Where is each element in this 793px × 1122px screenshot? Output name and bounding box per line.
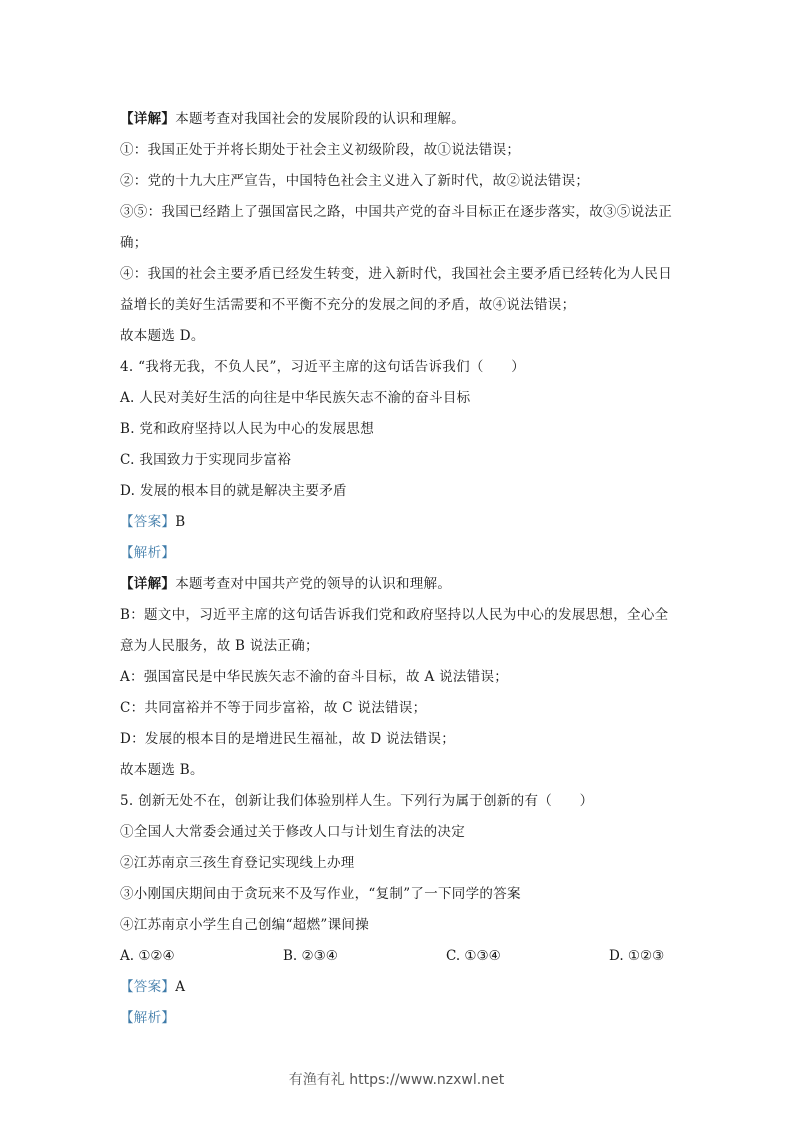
q3-analysis-line: ③⑤：我国已经踏上了强国富民之路，中国共产党的奋斗目标正在逐步落实，故③⑤说法正 xyxy=(120,197,676,228)
q3-analysis-line: 益增长的美好生活需要和不平衡不充分的发展之间的矛盾，故④说法错误； xyxy=(120,290,676,321)
q4-answer: 【答案】B xyxy=(120,507,676,538)
q4-conclusion: 故本题选 B。 xyxy=(120,755,676,786)
q4-option-c: C. 我国致力于实现同步富裕 xyxy=(120,445,676,476)
detail-tag: 【详解】 xyxy=(120,576,175,592)
footer-watermark: 有渔有礼 https://www.nzxwl.net xyxy=(0,1069,793,1089)
q3-analysis-line: 确； xyxy=(120,228,676,259)
q3-detail-line: 【详解】本题考查对我国社会的发展阶段的认识和理解。 xyxy=(120,104,676,135)
q5-option-b: B. ②③④ xyxy=(283,941,446,972)
q4-analysis-line: 意为人民服务，故 B 说法正确； xyxy=(120,631,676,662)
q5-option-d: D. ①②③ xyxy=(609,941,664,972)
q5-statement: ③小刚国庆期间由于贪玩来不及写作业，“复制”了一下同学的答案 xyxy=(120,879,676,910)
q5-answer: 【答案】A xyxy=(120,972,676,1003)
q4-analysis-heading: 【解析】 xyxy=(120,538,676,569)
q4-analysis-line: B：题文中，习近平主席的这句话告诉我们党和政府坚持以人民为中心的发展思想，全心全 xyxy=(120,600,676,631)
q3-conclusion: 故本题选 D。 xyxy=(120,321,676,352)
q4-option-b: B. 党和政府坚持以人民为中心的发展思想 xyxy=(120,414,676,445)
q4-detail-line: 【详解】本题考查对中国共产党的领导的认识和理解。 xyxy=(120,569,676,600)
detail-text: 本题考查对我国社会的发展阶段的认识和理解。 xyxy=(175,111,465,127)
q4-option-a: A. 人民对美好生活的向往是中华民族矢志不渝的奋斗目标 xyxy=(120,383,676,414)
q5-options: A. ①②④ B. ②③④ C. ①③④ D. ①②③ xyxy=(120,941,676,972)
q4-stem: 4. “我将无我，不负人民”，习近平主席的这句话告诉我们（ ） xyxy=(120,352,676,383)
q5-option-c: C. ①③④ xyxy=(446,941,609,972)
document-page: 【详解】本题考查对我国社会的发展阶段的认识和理解。 ①：我国正处于并将长期处于社… xyxy=(120,104,676,1034)
answer-value: B xyxy=(175,514,185,530)
q5-analysis-heading: 【解析】 xyxy=(120,1003,676,1034)
q5-statement: ④江苏南京小学生自己创编“超燃”课间操 xyxy=(120,910,676,941)
q4-option-d: D. 发展的根本目的就是解决主要矛盾 xyxy=(120,476,676,507)
q4-analysis-line: D：发展的根本目的是增进民生福祉，故 D 说法错误； xyxy=(120,724,676,755)
q5-statement: ②江苏南京三孩生育登记实现线上办理 xyxy=(120,848,676,879)
q4-analysis-line: A：强国富民是中华民族矢志不渝的奋斗目标，故 A 说法错误； xyxy=(120,662,676,693)
answer-tag: 【答案】 xyxy=(120,979,175,995)
answer-value: A xyxy=(175,979,185,995)
detail-tag: 【详解】 xyxy=(120,111,175,127)
q5-statement: ①全国人大常委会通过关于修改人口与计划生育法的决定 xyxy=(120,817,676,848)
analysis-tag: 【解析】 xyxy=(120,545,175,561)
detail-text: 本题考查对中国共产党的领导的认识和理解。 xyxy=(175,576,451,592)
q5-stem: 5. 创新无处不在，创新让我们体验别样人生。下列行为属于创新的有（ ） xyxy=(120,786,676,817)
answer-tag: 【答案】 xyxy=(120,514,175,530)
q5-option-a: A. ①②④ xyxy=(120,941,283,972)
analysis-tag: 【解析】 xyxy=(120,1010,175,1026)
q3-analysis-line: ①：我国正处于并将长期处于社会主义初级阶段，故①说法错误； xyxy=(120,135,676,166)
q3-analysis-line: ④：我国的社会主要矛盾已经发生转变，进入新时代，我国社会主要矛盾已经转化为人民日 xyxy=(120,259,676,290)
q3-analysis-line: ②：党的十九大庄严宣告，中国特色社会主义进入了新时代，故②说法错误； xyxy=(120,166,676,197)
q4-analysis-line: C：共同富裕并不等于同步富裕，故 C 说法错误； xyxy=(120,693,676,724)
